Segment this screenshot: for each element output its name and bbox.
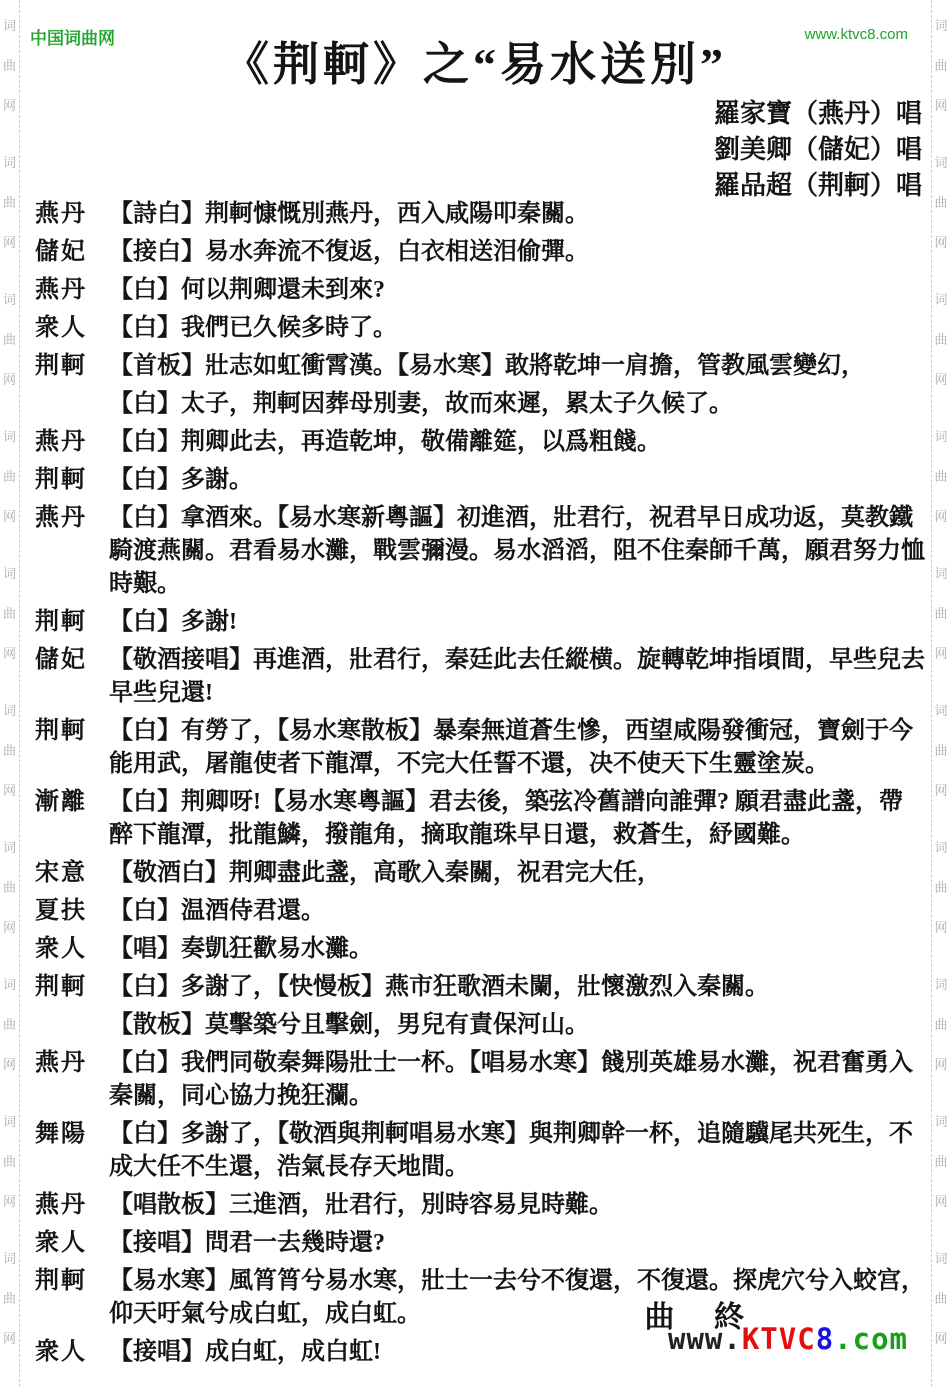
script-line: 夏扶【白】温酒侍君還。: [35, 895, 925, 928]
watermark-char: 曲: [934, 731, 947, 771]
watermark-char: 曲: [934, 457, 947, 497]
line-text: 【首板】壯志如虹衝霄漢。【易水寒】敢將乾坤一肩擔，管教風雲變幻，: [109, 350, 925, 383]
script-line: 衆人【唱】奏凱狂歡易水灘。: [35, 933, 925, 966]
watermark-char: 网: [3, 223, 16, 263]
watermark-char: 曲: [934, 1142, 947, 1182]
script-line: 荆軻【白】多謝了，【快慢板】燕市狂歌酒未闌，壯懷激烈入秦關。: [35, 971, 925, 1004]
script-line: 燕丹【白】荆卿此去，再造乾坤，敬備離筵，以爲粗餞。: [35, 426, 925, 459]
script-line: 燕丹【詩白】荆軻慷慨別燕丹，西入咸陽叩秦關。: [35, 198, 925, 231]
script-line: 燕丹【唱散板】三進酒，壯君行，別時容易見時難。: [35, 1189, 925, 1222]
line-text: 【敬酒白】荆卿盡此盞，高歌入秦關，祝君完大任，: [109, 857, 925, 890]
speaker-label: 荆軻: [35, 1265, 109, 1331]
watermark-char: 曲: [3, 1279, 16, 1319]
watermark-char: 网: [3, 1045, 16, 1085]
speaker-label: 燕丹: [35, 1189, 109, 1222]
watermark-char: 曲: [3, 1005, 16, 1045]
ktvc8-logo[interactable]: www.KTVC8.com: [668, 1322, 908, 1356]
speaker-label: [35, 1009, 109, 1042]
watermark-char: 词: [934, 965, 947, 1005]
speaker-label: 儲妃: [35, 236, 109, 269]
watermark-char: 词: [3, 554, 16, 594]
watermark-char: 词: [3, 691, 16, 731]
line-text: 【白】温酒侍君還。: [109, 895, 925, 928]
script-line: 儲妃【敬酒接唱】再進酒，壯君行，秦廷此去任縱横。旋轉乾坤指頃間，早些兒去早些兒還…: [35, 644, 925, 710]
line-text: 【白】多謝了，【敬酒與荆軻唱易水寒】與荆卿幹一杯，追隨驥尾共死生，不成大任不生還…: [109, 1118, 925, 1184]
watermark-char: 词: [934, 417, 947, 457]
speaker-label: 衆人: [35, 312, 109, 345]
speaker-label: 舞陽: [35, 1118, 109, 1184]
line-text: 【散板】莫擊築兮且擊劍，男兒有責保河山。: [109, 1009, 925, 1042]
script-line: 漸離【白】荆卿呀!【易水寒粵謳】君去後，築弦冷舊譜向誰彈? 願君盡此盞，帶醉下龍…: [35, 786, 925, 852]
watermark-char: 曲: [3, 320, 16, 360]
speaker-label: 漸離: [35, 786, 109, 852]
watermark-char: 网: [934, 1045, 947, 1085]
script-line: 衆人【白】我們已久候多時了。: [35, 312, 925, 345]
page-title: 《荆軻》之“易水送別”: [0, 28, 950, 94]
watermark-char: 词: [934, 280, 947, 320]
speaker-label: 荆軻: [35, 350, 109, 383]
script-line: 荆軻【白】有勞了，【易水寒散板】暴秦無道蒼生慘，西望咸陽發衝冠，寶劍于今能用武，…: [35, 715, 925, 781]
watermark-char: 词: [3, 1102, 16, 1142]
line-text: 【接白】易水奔流不復返，白衣相送泪偷彈。: [109, 236, 925, 269]
watermark-char: 词: [934, 1102, 947, 1142]
line-text: 【唱散板】三進酒，壯君行，別時容易見時難。: [109, 1189, 925, 1222]
watermark-char: 曲: [3, 731, 16, 771]
script-line: 【散板】莫擊築兮且擊劍，男兒有責保河山。: [35, 1009, 925, 1042]
watermark-char: 网: [934, 223, 947, 263]
watermark-char: 词: [934, 691, 947, 731]
script-line: 宋意【敬酒白】荆卿盡此盞，高歌入秦關，祝君完大任，: [35, 857, 925, 890]
watermark-char: 词: [934, 554, 947, 594]
watermark-char: 曲: [3, 594, 16, 634]
script-line: 衆人【接唱】問君一去幾時還?: [35, 1227, 925, 1260]
watermark-char: 网: [3, 908, 16, 948]
speaker-label: 荆軻: [35, 606, 109, 639]
line-text: 【白】有勞了，【易水寒散板】暴秦無道蒼生慘，西望咸陽發衝冠，寶劍于今能用武，屠龍…: [109, 715, 925, 781]
script-line: 荆軻【首板】壯志如虹衝霄漢。【易水寒】敢將乾坤一肩擔，管教風雲變幻，: [35, 350, 925, 383]
script-line: 荆軻【白】多謝!: [35, 606, 925, 639]
line-text: 【唱】奏凱狂歡易水灘。: [109, 933, 925, 966]
line-text: 【白】拿酒來。【易水寒新粵謳】初進酒，壯君行，祝君早日成功返，莫教鐵騎渡燕關。君…: [109, 502, 925, 601]
watermark-char: 词: [3, 965, 16, 1005]
watermark-char: 网: [3, 771, 16, 811]
speaker-label: 荆軻: [35, 971, 109, 1004]
line-text: 【白】荆卿呀!【易水寒粵謳】君去後，築弦冷舊譜向誰彈? 願君盡此盞，帶醉下龍潭，…: [109, 786, 925, 852]
watermark-char: 词: [934, 1239, 947, 1279]
watermark-char: 词: [3, 143, 16, 183]
script-line: 舞陽【白】多謝了，【敬酒與荆軻唱易水寒】與荆卿幹一杯，追隨驥尾共死生，不成大任不…: [35, 1118, 925, 1184]
credit-line: 羅家寶（燕丹）唱: [714, 96, 922, 132]
watermark-char: 网: [934, 360, 947, 400]
left-watermark-column: 词曲网词曲网词曲网词曲网词曲网词曲网词曲网词曲网词曲网词曲网: [0, 0, 20, 1387]
watermark-char: 词: [3, 828, 16, 868]
speaker-label: 燕丹: [35, 198, 109, 231]
logo-www: www.: [668, 1322, 742, 1356]
watermark-char: 词: [934, 828, 947, 868]
watermark-char: 曲: [934, 868, 947, 908]
watermark-char: 曲: [934, 320, 947, 360]
line-text: 【白】多謝了，【快慢板】燕市狂歌酒未闌，壯懷激烈入秦關。: [109, 971, 925, 1004]
script-line: 燕丹【白】何以荆卿還未到來?: [35, 274, 925, 307]
speaker-label: 燕丹: [35, 1047, 109, 1113]
watermark-char: 曲: [934, 1279, 947, 1319]
watermark-char: 曲: [3, 183, 16, 223]
line-text: 【白】我們同敬秦舞陽壯士一杯。【唱易水寒】餞別英雄易水灘，祝君奮勇入秦關，同心協…: [109, 1047, 925, 1113]
speaker-label: [35, 388, 109, 421]
script-line: 燕丹【白】我們同敬秦舞陽壯士一杯。【唱易水寒】餞別英雄易水灘，祝君奮勇入秦關，同…: [35, 1047, 925, 1113]
speaker-label: 衆人: [35, 933, 109, 966]
line-text: 【白】太子，荆軻因葬母別妻，故而來遲，累太子久候了。: [109, 388, 925, 421]
page: 词曲网词曲网词曲网词曲网词曲网词曲网词曲网词曲网词曲网词曲网 词曲网词曲网词曲网…: [0, 0, 950, 1387]
speaker-label: 燕丹: [35, 274, 109, 307]
script-body: 燕丹【詩白】荆軻慷慨別燕丹，西入咸陽叩秦關。儲妃【接白】易水奔流不復返，白衣相送…: [35, 198, 925, 1374]
speaker-label: 儲妃: [35, 644, 109, 710]
watermark-char: 词: [3, 1239, 16, 1279]
line-text: 【敬酒接唱】再進酒，壯君行，秦廷此去任縱横。旋轉乾坤指頃間，早些兒去早些兒還!: [109, 644, 925, 710]
watermark-char: 网: [934, 497, 947, 537]
speaker-label: 衆人: [35, 1336, 109, 1369]
speaker-label: 衆人: [35, 1227, 109, 1260]
line-text: 【白】我們已久候多時了。: [109, 312, 925, 345]
watermark-char: 网: [3, 360, 16, 400]
speaker-label: 宋意: [35, 857, 109, 890]
speaker-label: 夏扶: [35, 895, 109, 928]
line-text: 【白】何以荆卿還未到來?: [109, 274, 925, 307]
line-text: 【詩白】荆軻慷慨別燕丹，西入咸陽叩秦關。: [109, 198, 925, 231]
watermark-char: 网: [934, 1182, 947, 1222]
watermark-char: 网: [3, 1182, 16, 1222]
watermark-char: 网: [934, 908, 947, 948]
line-text: 【白】多謝!: [109, 606, 925, 639]
script-line: 荆軻【白】多謝。: [35, 464, 925, 497]
watermark-char: 网: [934, 1319, 947, 1359]
script-line: 燕丹【白】拿酒來。【易水寒新粵謳】初進酒，壯君行，祝君早日成功返，莫教鐵騎渡燕關…: [35, 502, 925, 601]
line-text: 【白】多謝。: [109, 464, 925, 497]
watermark-char: 词: [3, 417, 16, 457]
watermark-char: 曲: [3, 457, 16, 497]
logo-ktvc: KTVC: [742, 1322, 816, 1356]
script-line: 【白】太子，荆軻因葬母別妻，故而來遲，累太子久候了。: [35, 388, 925, 421]
watermark-char: 网: [3, 497, 16, 537]
speaker-label: 燕丹: [35, 502, 109, 601]
watermark-char: 曲: [934, 1005, 947, 1045]
watermark-char: 词: [934, 143, 947, 183]
watermark-char: 网: [934, 771, 947, 811]
watermark-char: 网: [934, 634, 947, 674]
speaker-label: 荆軻: [35, 715, 109, 781]
logo-com: .com: [834, 1322, 908, 1356]
watermark-char: 曲: [934, 183, 947, 223]
line-text: 【白】荆卿此去，再造乾坤，敬備離筵，以爲粗餞。: [109, 426, 925, 459]
watermark-char: 曲: [3, 1142, 16, 1182]
script-line: 儲妃【接白】易水奔流不復返，白衣相送泪偷彈。: [35, 236, 925, 269]
speaker-label: 荆軻: [35, 464, 109, 497]
singer-credits: 羅家寶（燕丹）唱 劉美卿（儲妃）唱 羅品超（荆軻）唱: [714, 96, 922, 204]
line-text: 【接唱】問君一去幾時還?: [109, 1227, 925, 1260]
logo-8: 8: [816, 1322, 834, 1356]
watermark-char: 词: [3, 280, 16, 320]
watermark-char: 网: [3, 634, 16, 674]
watermark-char: 曲: [934, 594, 947, 634]
speaker-label: 燕丹: [35, 426, 109, 459]
watermark-char: 曲: [3, 868, 16, 908]
credit-line: 劉美卿（儲妃）唱: [714, 132, 922, 168]
right-watermark-column: 词曲网词曲网词曲网词曲网词曲网词曲网词曲网词曲网词曲网词曲网: [931, 0, 950, 1387]
watermark-char: 网: [3, 1319, 16, 1359]
